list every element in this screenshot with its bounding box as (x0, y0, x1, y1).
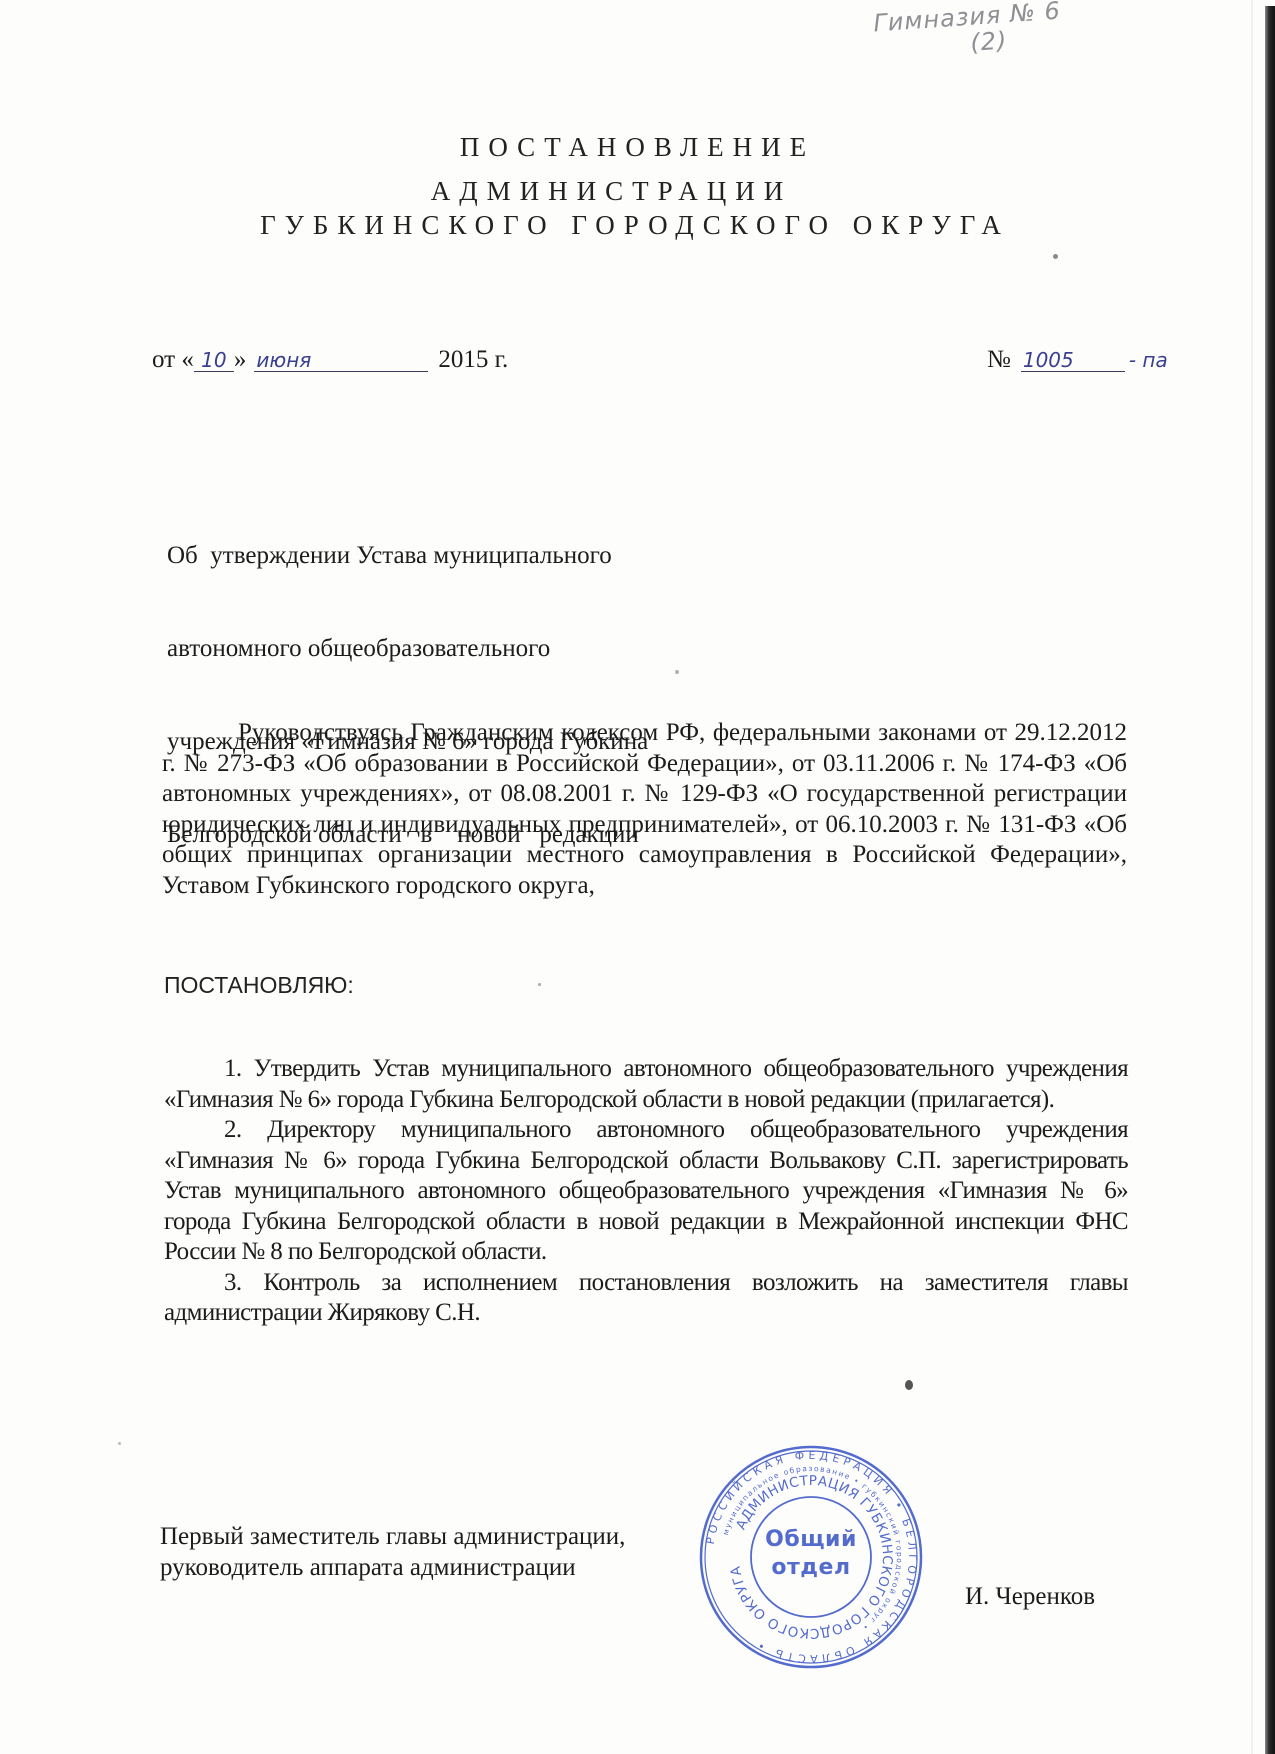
date-day-close: » (234, 346, 247, 374)
stamp-center-line2: отдел (696, 1554, 926, 1582)
resolution-item-2: 2. Директору муниципального автономного … (164, 1115, 1128, 1268)
subject-line: автономного общеобразовательного (167, 633, 648, 664)
scan-edge-shadow (1265, 6, 1275, 1754)
date-day: 10 (194, 349, 234, 372)
issuer-line-2: ГУБКИНСКОГО ГОРОДСКОГО ОКРУГА (60, 210, 1210, 241)
official-stamp: РОССИЙСКАЯ ФЕДЕРАЦИЯ • БЕЛГОРОДСКАЯ ОБЛА… (696, 1442, 926, 1672)
issuer-line-1: АДМИНИСТРАЦИИ (0, 176, 1249, 207)
document-page: Гимназия № 6 (2) ПОСТАНОВЛЕНИЕ АДМИНИСТР… (0, 0, 1275, 1754)
date-month: июня (254, 349, 428, 372)
date-year: 2015 г. (438, 346, 508, 374)
number-suffix: - па (1129, 348, 1168, 372)
number-label: № (987, 346, 1011, 374)
signatory-name: И. Черенков (965, 1583, 1095, 1611)
scan-speck (675, 670, 679, 674)
resolution-items: 1. Утвердить Устав муниципального автоно… (164, 1054, 1128, 1329)
preamble-block: Руководствуясь Гражданским кодексом РФ, … (162, 718, 1127, 901)
document-type-title: ПОСТАНОВЛЕНИЕ (0, 132, 1275, 163)
subject-line: Об утверждении Устава муниципального (167, 540, 648, 571)
resolution-item-3: 3. Контроль за исполнением постановления… (164, 1268, 1128, 1329)
preamble-paragraph: Руководствуясь Гражданским кодексом РФ, … (162, 718, 1127, 901)
signatory-position: Первый заместитель главы администрации, … (160, 1522, 625, 1583)
scan-speck (538, 983, 541, 986)
document-number: № 1005 - па (987, 346, 1168, 374)
date-prefix: от « (152, 346, 194, 374)
resolve-label: ПОСТАНОВЛЯЮ: (164, 972, 354, 999)
scan-speck (905, 1380, 913, 1390)
resolution-item-1: 1. Утвердить Устав муниципального автоно… (164, 1054, 1128, 1115)
handwritten-note: Гимназия № 6 (2) (846, 0, 1089, 64)
signatory-position-line2: руководитель аппарата администрации (160, 1553, 625, 1584)
scan-edge-highlight (1251, 0, 1253, 1754)
stamp-center-text: Общий отдел (696, 1526, 926, 1582)
scan-speck (118, 1442, 121, 1445)
document-date: от « 10 » июня 2015 г. (152, 346, 508, 374)
scan-speck (1053, 254, 1058, 259)
number-value: 1005 (1021, 349, 1125, 372)
signatory-position-line1: Первый заместитель главы администрации, (160, 1522, 625, 1553)
stamp-center-line1: Общий (696, 1526, 926, 1554)
